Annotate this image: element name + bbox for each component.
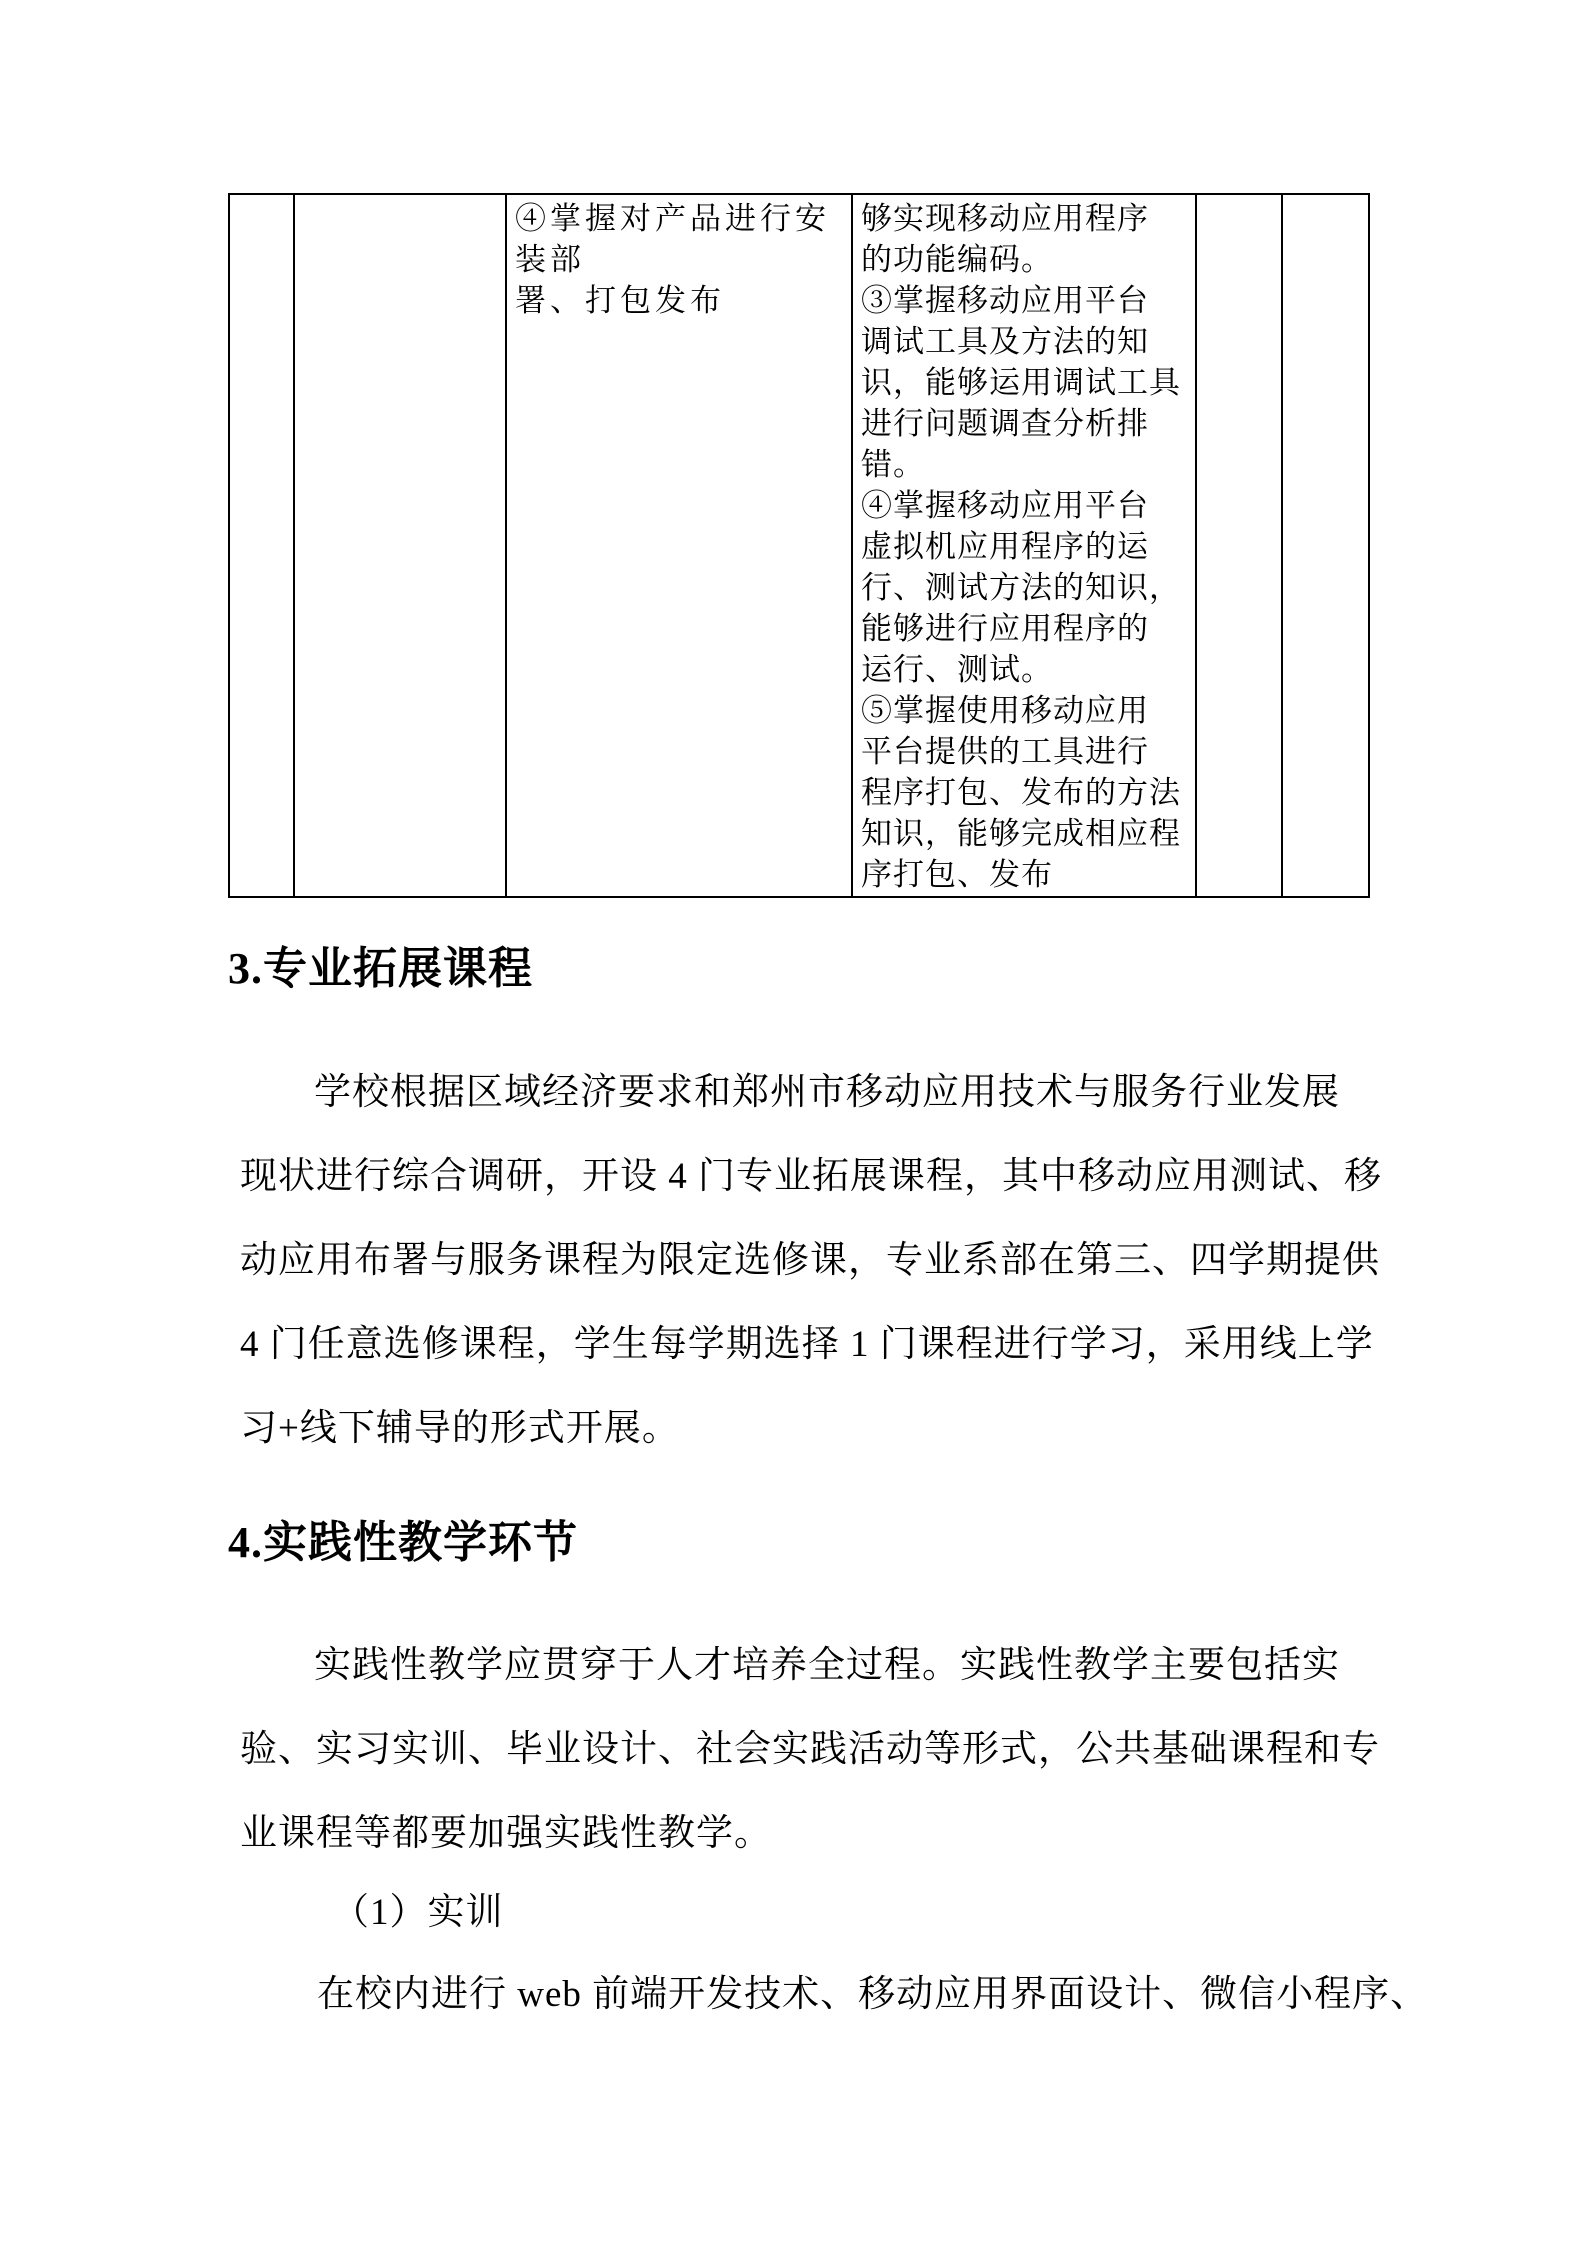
section-heading-3: 3.专业拓展课程 [228,941,533,997]
text-line: 的功能编码。 [861,239,1191,280]
table-cell-hours [1197,195,1283,896]
text-line: 调试工具及方法的知 [861,321,1191,362]
text-line: 行、测试方法的知识， [861,567,1191,608]
text-line: 虚拟机应用程序的运 [861,526,1191,567]
text-line: 装部 [515,239,847,280]
text-line: 识，能够运用调试工具 [861,362,1191,403]
text-line: 平台提供的工具进行 [861,731,1191,772]
text-line: ④掌握对产品进行安 [515,198,847,239]
text-line: 验、实习实训、毕业设计、社会实践活动等形式，公共基础课程和专 [240,1708,1570,1792]
document-page: ④掌握对产品进行安装部署、打包发布 够实现移动应用程序的功能编码。③掌握移动应用… [0,0,1587,2245]
text-line: 业课程等都要加强实践性教学。 [240,1792,1570,1876]
table-cell-term [1283,195,1368,896]
paragraph-section3: 学校根据区域经济要求和郑州市移动应用技术与服务行业发展现状进行综合调研，开设 4… [240,1051,1570,1471]
text-line: 在校内进行 web 前端开发技术、移动应用界面设计、微信小程序、 [240,1953,1570,2037]
text-line: 够实现移动应用程序 [861,198,1191,239]
text-line: 序打包、发布 [861,854,1191,895]
paragraph-section4: 实践性教学应贯穿于人才培养全过程。实践性教学主要包括实验、实习实训、毕业设计、社… [240,1624,1570,1876]
text-line: 错。 [861,444,1191,485]
text-line: 实践性教学应贯穿于人才培养全过程。实践性教学主要包括实 [240,1624,1570,1708]
table-cell-tasks: ④掌握对产品进行安装部署、打包发布 [507,195,853,896]
text-line: 能够进行应用程序的 [861,608,1191,649]
text-line: 动应用布署与服务课程为限定选修课，专业系部在第三、四学期提供 [240,1219,1570,1303]
text-line: 进行问题调查分析排 [861,403,1191,444]
text-line: 程序打包、发布的方法 [861,772,1191,813]
text-line: 现状进行综合调研，开设 4 门专业拓展课程，其中移动应用测试、移 [240,1135,1570,1219]
text-line: 习+线下辅导的形式开展。 [240,1387,1570,1471]
text-line: （1）实训 [240,1871,1570,1955]
table-cell-index [230,195,295,896]
text-line: 运行、测试。 [861,649,1191,690]
text-line: 知识，能够完成相应程 [861,813,1191,854]
table-cell-requirements: 够实现移动应用程序的功能编码。③掌握移动应用平台调试工具及方法的知识，能够运用调… [853,195,1197,896]
text-line: ④掌握移动应用平台 [861,485,1191,526]
text-line: 署、打包发布 [515,280,847,321]
text-line: ⑤掌握使用移动应用 [861,690,1191,731]
text-line: 4 门任意选修课程，学生每学期选择 1 门课程进行学习，采用线上学 [240,1303,1570,1387]
course-requirements-table: ④掌握对产品进行安装部署、打包发布 够实现移动应用程序的功能编码。③掌握移动应用… [228,193,1370,898]
table-cell-course [295,195,507,896]
text-line: 学校根据区域经济要求和郑州市移动应用技术与服务行业发展 [240,1051,1570,1135]
section-heading-4: 4.实践性教学环节 [228,1515,578,1571]
paragraph-shixun-detail: 在校内进行 web 前端开发技术、移动应用界面设计、微信小程序、 [240,1953,1570,2037]
list-item-shixun: （1）实训 [240,1871,1570,1955]
text-line: ③掌握移动应用平台 [861,280,1191,321]
